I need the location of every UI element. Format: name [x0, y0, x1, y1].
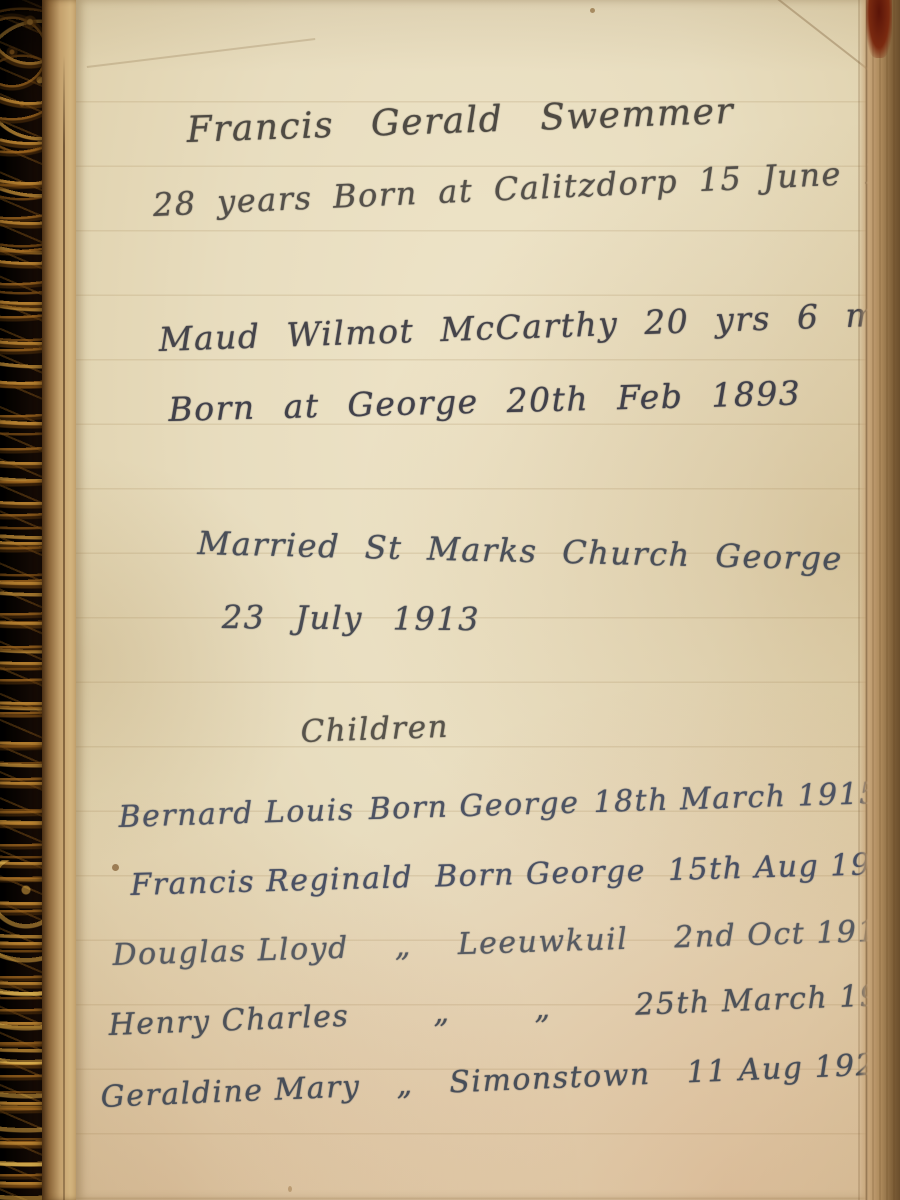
child-name: Douglas Lloyd: [112, 931, 349, 973]
family-bible-register-photo: Francis Gerald Swemmer 28 years Born at …: [0, 0, 900, 1200]
child-born-place: Born George: [368, 786, 580, 828]
ditto-mark: „: [394, 929, 412, 965]
child-born-place: Born George: [435, 854, 647, 895]
paper-speck: [112, 864, 119, 871]
child-name: Bernard Louis: [118, 793, 355, 835]
child-born-place: Leeuwkuil: [457, 922, 629, 962]
dark-corner-stain: [866, 0, 892, 58]
paper-speck: [288, 1186, 292, 1192]
browned-gutter-edge: [858, 0, 900, 1200]
marriage-date-entry: 23 July 1913: [222, 598, 481, 638]
ditto-mark: „: [396, 1067, 414, 1103]
page-edge-shadow-line: [63, 55, 65, 1200]
paper-speck: [590, 8, 595, 13]
ditto-mark: „: [433, 995, 451, 1031]
ditto-mark: „: [534, 991, 552, 1027]
children-heading: Children: [300, 709, 450, 750]
